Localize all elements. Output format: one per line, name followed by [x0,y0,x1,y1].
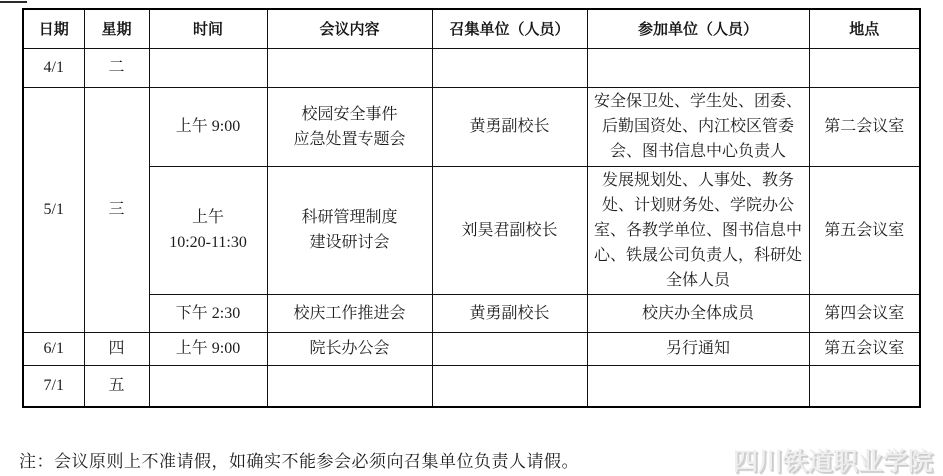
cell-date: 5/1 [23,87,84,332]
cell-participants: 另行通知 [587,332,809,365]
cell-date: 7/1 [23,365,84,407]
col-header-content: 会议内容 [267,9,432,48]
row-jun1: 6/1 四 上午 9:00 院长办公会 另行通知 第五会议室 [23,332,920,365]
cell-participants: 安全保卫处、学生处、团委、后勤国资处、内江校区管委会、图书信息中心负责人 [587,87,809,166]
cell-time: 上午 10:20-11:30 [149,166,267,294]
meeting-schedule-table: 日期 星期 时间 会议内容 召集单位（人员） 参加单位（人员） 地点 4/1 二… [22,8,921,408]
cell-weekday: 三 [84,87,149,332]
cell-participants [587,365,809,407]
cell-time: 上午 9:00 [149,332,267,365]
cell-date: 6/1 [23,332,84,365]
row-jul1: 7/1 五 [23,365,920,407]
cell-time [149,48,267,87]
cell-date: 4/1 [23,48,84,87]
row-may1-meeting-2: 上午 10:20-11:30 科研管理制度 建设研讨会 刘昊君副校长 发展规划处… [23,166,920,294]
cell-content: 校庆工作推进会 [267,294,432,332]
cell-participants: 发展规划处、人事处、教务处、计划财务处、学院办公室、各教学单位、图书信息中心、铁… [587,166,809,294]
cell-content [267,48,432,87]
cell-participants [587,48,809,87]
col-header-participants: 参加单位（人员） [587,9,809,48]
cell-location [809,48,920,87]
cell-convener [432,332,587,365]
cell-participants: 校庆办全体成员 [587,294,809,332]
col-header-time: 时间 [149,9,267,48]
cell-content: 校园安全事件 应急处置专题会 [267,87,432,166]
cell-location: 第二会议室 [809,87,920,166]
cell-content: 科研管理制度 建设研讨会 [267,166,432,294]
cell-convener: 刘昊君副校长 [432,166,587,294]
col-header-convener: 召集单位（人员） [432,9,587,48]
footnote-text: 注：会议原则上不准请假，如确实不能参会必须向召集单位负责人请假。 [19,447,579,472]
cell-weekday: 二 [84,48,149,87]
row-may1-meeting-1: 5/1 三 上午 9:00 校园安全事件 应急处置专题会 黄勇副校长 安全保卫处… [23,87,920,166]
table-header-row: 日期 星期 时间 会议内容 召集单位（人员） 参加单位（人员） 地点 [23,9,920,48]
cell-convener: 黄勇副校长 [432,87,587,166]
cell-convener [432,48,587,87]
cell-location: 第五会议室 [809,166,920,294]
cell-content: 院长办公会 [267,332,432,365]
cropped-line-fragment [0,1,27,3]
school-watermark: 四川铁道职业学院 [733,442,933,476]
row-apr1: 4/1 二 [23,48,920,87]
cell-weekday: 四 [84,332,149,365]
col-header-weekday: 星期 [84,9,149,48]
cell-content [267,365,432,407]
col-header-location: 地点 [809,9,920,48]
cell-weekday: 五 [84,365,149,407]
cell-time: 下午 2:30 [149,294,267,332]
cell-location: 第四会议室 [809,294,920,332]
cell-location [809,365,920,407]
cell-convener: 黄勇副校长 [432,294,587,332]
col-header-date: 日期 [23,9,84,48]
cell-location: 第五会议室 [809,332,920,365]
cell-time: 上午 9:00 [149,87,267,166]
cell-convener [432,365,587,407]
row-may1-meeting-3: 下午 2:30 校庆工作推进会 黄勇副校长 校庆办全体成员 第四会议室 [23,294,920,332]
cell-time [149,365,267,407]
